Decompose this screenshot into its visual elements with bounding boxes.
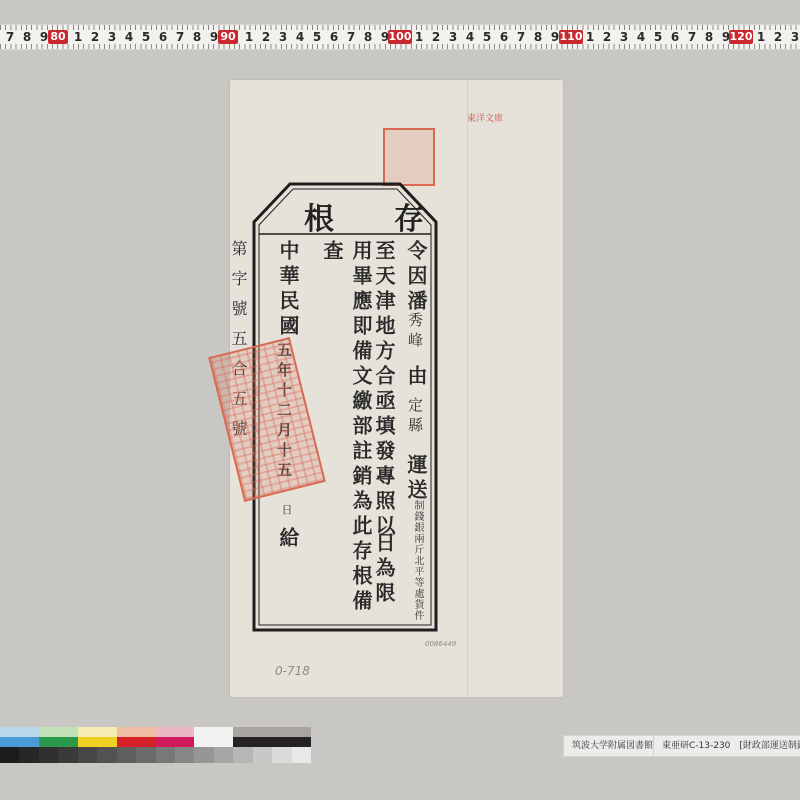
ruler-label: 3 <box>447 30 459 44</box>
color-patch <box>156 737 195 747</box>
color-patch <box>58 747 77 763</box>
col-day: 日 <box>278 504 294 520</box>
title-char-left: 根 <box>304 194 334 238</box>
ruler-label: 5 <box>481 30 493 44</box>
color-patch <box>136 747 155 763</box>
ruler-label: 7 <box>515 30 527 44</box>
ruler-ticks-bottom <box>0 44 800 49</box>
ruler-label: 2 <box>601 30 613 44</box>
color-row-saturated <box>0 737 311 747</box>
ruler-major-label: 100 <box>388 30 412 44</box>
ruler-label: 7 <box>345 30 357 44</box>
ruler-label: 8 <box>703 30 715 44</box>
ruler-label: 8 <box>21 30 33 44</box>
ruler-label: 3 <box>106 30 118 44</box>
color-patch <box>78 737 117 747</box>
ruler-label: 2 <box>430 30 442 44</box>
grayscale-row <box>0 747 311 763</box>
measuring-ruler: 7898012345678990123456789100123456789110… <box>0 24 800 50</box>
ruler-label: 1 <box>755 30 767 44</box>
ruler-label: 4 <box>123 30 135 44</box>
ruler-label: 6 <box>157 30 169 44</box>
col-instructions: 用畢應即備文繳部註銷為此存根備查 <box>318 240 376 632</box>
ruler-label: 5 <box>140 30 152 44</box>
color-patch <box>194 737 233 747</box>
ruler-label: 8 <box>532 30 544 44</box>
color-patch <box>156 747 175 763</box>
color-patch <box>39 747 58 763</box>
color-patch <box>39 737 78 747</box>
catalog-label: 東亜研C-13-230 [財政部運送制銭銀]存根 <box>653 735 800 757</box>
color-patch <box>117 727 156 737</box>
color-patch <box>0 727 39 737</box>
ruler-label: 1 <box>243 30 255 44</box>
color-patch <box>0 737 39 747</box>
ruler-label: 4 <box>635 30 647 44</box>
color-patch <box>233 747 252 763</box>
ruler-label: 2 <box>89 30 101 44</box>
color-row-light <box>0 727 311 737</box>
ruler-label: 1 <box>584 30 596 44</box>
color-patch <box>272 737 311 747</box>
library-ownership-stamp: 東洋文庫 <box>467 111 503 124</box>
ruler-label: 2 <box>260 30 272 44</box>
institution-label: 筑波大学附属図書館 <box>563 735 662 757</box>
title-char-right: 存 <box>394 194 424 238</box>
col-issued: 給 <box>274 527 303 552</box>
color-patch <box>292 747 311 763</box>
color-patch <box>272 727 311 737</box>
color-patch <box>117 747 136 763</box>
ruler-label: 7 <box>174 30 186 44</box>
color-patch <box>253 747 272 763</box>
ruler-label: 3 <box>277 30 289 44</box>
pencil-catalog-number: 0-718 <box>275 664 310 678</box>
color-patch <box>194 747 213 763</box>
color-patch <box>0 747 19 763</box>
color-patch <box>117 737 156 747</box>
color-patch <box>156 727 195 737</box>
col-name: 秀峰 <box>405 312 426 352</box>
color-patch <box>97 747 116 763</box>
color-patch <box>233 737 272 747</box>
color-patch <box>19 747 38 763</box>
ruler-label: 1 <box>72 30 84 44</box>
color-patch <box>272 747 291 763</box>
square-seal-stamp <box>383 128 435 186</box>
color-patch <box>233 727 272 737</box>
ruler-label: 8 <box>362 30 374 44</box>
paper-fold-line <box>467 80 468 697</box>
ruler-label: 7 <box>686 30 698 44</box>
form-title: 根 存 <box>304 194 424 238</box>
ruler-label: 3 <box>789 30 800 44</box>
ruler-label: 3 <box>618 30 630 44</box>
ruler-numbers: 7898012345678990123456789100123456789110… <box>0 30 800 44</box>
col-era: 中華民國 <box>274 240 303 340</box>
ruler-major-label: 90 <box>218 30 238 44</box>
color-patch <box>39 727 78 737</box>
col-goods: 制錢銀兩斤北平等處貨件 <box>410 500 425 621</box>
color-patch <box>78 727 117 737</box>
ruler-label: 4 <box>294 30 306 44</box>
ruler-label: 2 <box>772 30 784 44</box>
ruler-major-label: 110 <box>559 30 583 44</box>
color-patch <box>214 747 233 763</box>
ruler-label: 6 <box>669 30 681 44</box>
col-county: 定縣 <box>405 397 426 437</box>
ruler-label: 1 <box>413 30 425 44</box>
stub-serial-number: 0086449 <box>425 640 456 648</box>
ruler-label: 6 <box>328 30 340 44</box>
color-calibration-chart <box>0 727 311 763</box>
color-patch <box>175 747 194 763</box>
ruler-label: 7 <box>4 30 16 44</box>
ruler-label: 5 <box>652 30 664 44</box>
color-patch <box>194 727 233 737</box>
ruler-label: 8 <box>191 30 203 44</box>
color-patch <box>78 747 97 763</box>
col-intro: 令因潘 <box>402 240 431 315</box>
ruler-major-label: 80 <box>48 30 68 44</box>
ruler-label: 4 <box>464 30 476 44</box>
ruler-label: 6 <box>498 30 510 44</box>
col-transport: 運送 <box>402 454 431 504</box>
ruler-major-label: 120 <box>729 30 753 44</box>
ruler-label: 5 <box>311 30 323 44</box>
col-from: 由 <box>402 365 431 390</box>
